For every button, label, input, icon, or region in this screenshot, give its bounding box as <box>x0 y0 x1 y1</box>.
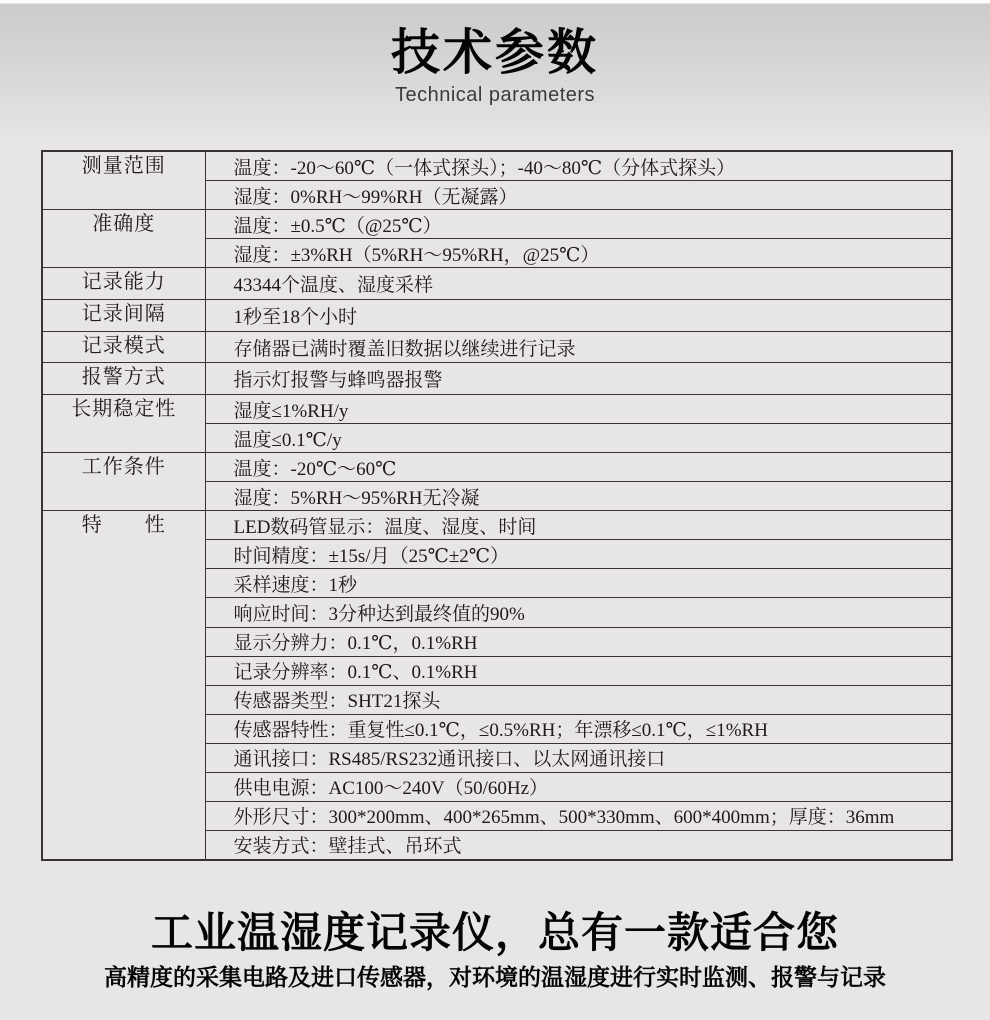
param-value: 指示灯报警与蜂鸣器报警 <box>205 363 952 395</box>
param-value: 温度≤0.1℃/y <box>205 424 952 453</box>
table-row: 报警方式指示灯报警与蜂鸣器报警 <box>42 363 952 395</box>
param-value: LED数码管显示：温度、湿度、时间 <box>205 511 952 540</box>
param-value: 湿度≤1%RH/y <box>205 395 952 424</box>
param-value: 温度：-20℃～60℃ <box>205 453 952 482</box>
param-value: 湿度：5%RH～95%RH无冷凝 <box>205 482 952 511</box>
header: 技术参数 Technical parameters <box>0 24 990 107</box>
page-background: { "page": { "title": "技术参数", "subtitle":… <box>0 0 990 1020</box>
table-row: 记录模式存储器已满时覆盖旧数据以继续进行记录 <box>42 331 952 363</box>
param-value: 存储器已满时覆盖旧数据以继续进行记录 <box>205 331 952 363</box>
param-label: 准确度 <box>42 210 205 268</box>
param-value: 通讯接口：RS485/RS232通讯接口、以太网通讯接口 <box>205 743 952 772</box>
param-label: 记录间隔 <box>42 299 205 331</box>
param-value: 外形尺寸：300*200mm、400*265mm、500*330mm、600*4… <box>205 801 952 830</box>
spec-table: 测量范围温度：-20～60℃（一体式探头）；-40～80℃（分体式探头）湿度：0… <box>41 150 953 861</box>
param-value: 采样速度：1秒 <box>205 569 952 598</box>
param-label: 记录模式 <box>42 331 205 363</box>
param-label: 工作条件 <box>42 453 205 511</box>
param-value: 供电电源：AC100～240V（50/60Hz） <box>205 772 952 801</box>
table-row: 测量范围温度：-20～60℃（一体式探头）；-40～80℃（分体式探头） <box>42 151 952 181</box>
param-value: 显示分辨力：0.1℃，0.1%RH <box>205 627 952 656</box>
param-label: 测量范围 <box>42 151 205 210</box>
param-label: 长期稳定性 <box>42 395 205 453</box>
footer-subheading: 高精度的采集电路及进口传感器，对环境的温湿度进行实时监测、报警与记录 <box>0 963 990 991</box>
param-value: 43344个温度、湿度采样 <box>205 268 952 300</box>
param-value: 时间精度：±15s/月（25℃±2℃） <box>205 540 952 569</box>
page-title: 技术参数 <box>0 24 990 82</box>
param-label: 记录能力 <box>42 268 205 300</box>
table-row: 记录间隔1秒至18个小时 <box>42 299 952 331</box>
param-value: 传感器类型：SHT21探头 <box>205 685 952 714</box>
page-subtitle: Technical parameters <box>0 83 990 107</box>
footer: 工业温湿度记录仪，总有一款适合您 高精度的采集电路及进口传感器，对环境的温湿度进… <box>0 908 990 991</box>
param-value: 记录分辨率：0.1℃、0.1%RH <box>205 656 952 685</box>
param-value: 响应时间：3分种达到最终值的90% <box>205 598 952 627</box>
param-value: 温度：-20～60℃（一体式探头）；-40～80℃（分体式探头） <box>205 151 952 181</box>
table-row: 记录能力43344个温度、湿度采样 <box>42 268 952 300</box>
param-value: 温度：±0.5℃（@25℃） <box>205 210 952 239</box>
footer-heading: 工业温湿度记录仪，总有一款适合您 <box>0 908 990 958</box>
param-value: 1秒至18个小时 <box>205 299 952 331</box>
param-value: 湿度：0%RH～99%RH（无凝露） <box>205 181 952 210</box>
table-row: 长期稳定性湿度≤1%RH/y <box>42 395 952 424</box>
table-row: 特 性LED数码管显示：温度、湿度、时间 <box>42 511 952 540</box>
param-value: 传感器特性：重复性≤0.1℃，≤0.5%RH；年漂移≤0.1℃，≤1%RH <box>205 714 952 743</box>
table-row: 工作条件温度：-20℃～60℃ <box>42 453 952 482</box>
param-label: 报警方式 <box>42 363 205 395</box>
param-label: 特 性 <box>42 511 205 860</box>
table-row: 准确度温度：±0.5℃（@25℃） <box>42 210 952 239</box>
spec-table-container: 测量范围温度：-20～60℃（一体式探头）；-40～80℃（分体式探头）湿度：0… <box>41 150 953 861</box>
spec-table-body: 测量范围温度：-20～60℃（一体式探头）；-40～80℃（分体式探头）湿度：0… <box>42 151 952 860</box>
param-value: 安装方式：壁挂式、吊环式 <box>205 830 952 860</box>
param-value: 湿度：±3%RH（5%RH～95%RH，@25℃） <box>205 239 952 268</box>
